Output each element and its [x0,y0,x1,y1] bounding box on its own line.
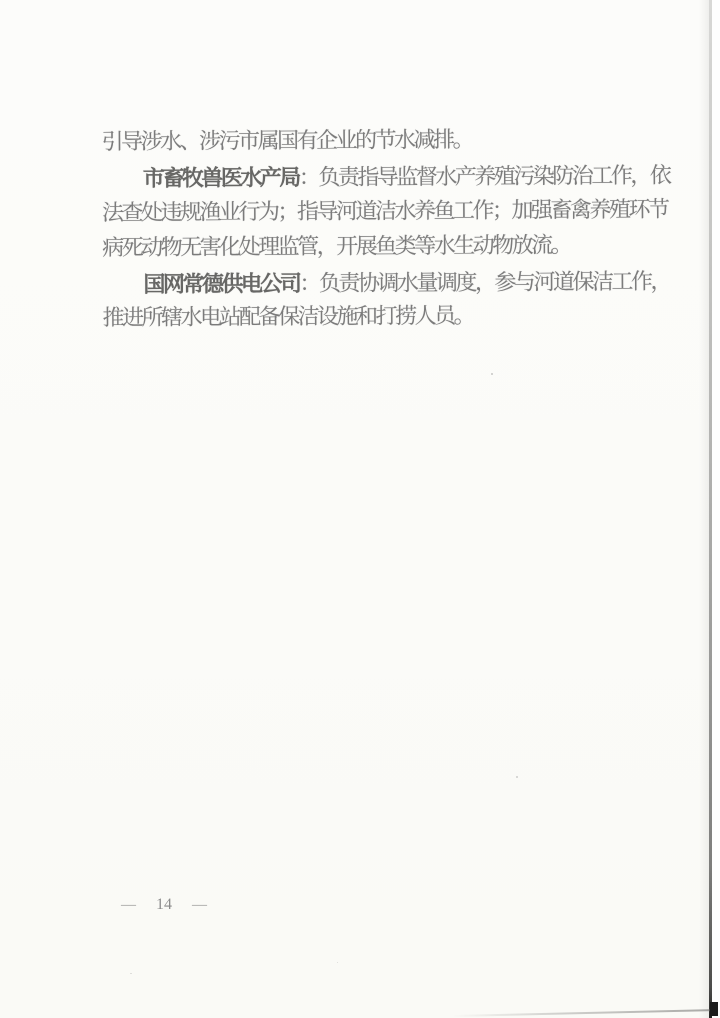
line-text: 法查处违规渔业行为；指导河道洁水养鱼工作；加强畜禽养殖环节 [102,197,668,225]
line-text: 病死动物无害化处理监管，开展鱼类等水生动物放流。 [102,232,570,260]
document-line: 引导涉水、涉污市属国有企业的节水减排。 [101,123,472,156]
line-text: 引导涉水、涉污市属国有企业的节水减排。 [101,127,472,154]
document-line: 病死动物无害化处理监管，开展鱼类等水生动物放流。 [102,228,570,262]
page-number-dash-right: — [192,897,207,914]
page-number-value: 14 [156,896,172,914]
org-name-bold: 市畜牧兽医水产局 [143,165,299,191]
line-text: 推进所辖水电站配备保洁设施和打捞人员。 [103,303,474,330]
org-name-bold: 国网常德供电公司 [143,271,299,297]
document-text-block: 引导涉水、涉污市属国有企业的节水减排。 市畜牧兽医水产局：负责指导监督水产养殖污… [0,0,720,421]
scan-edge-shadow [699,0,709,1018]
document-line: 市畜牧兽医水产局：负责指导监督水产养殖污染防治工作，依 [143,159,670,193]
page-number: — 14 — [121,895,207,915]
document-line: 推进所辖水电站配备保洁设施和打捞人员。 [103,299,474,332]
dust-speck [337,962,338,963]
page-number-dash-left: — [121,897,136,914]
dust-speck [516,776,518,778]
dust-speck [130,973,132,974]
scan-corner-mark [710,1002,718,1016]
document-line: 国网常德供电公司：负责协调水量调度，参与河道保洁工作， [143,265,670,299]
dust-speck [491,373,493,375]
scan-edge-margin [712,0,720,1018]
line-text: ：负责指导监督水产养殖污染防治工作，依 [299,163,670,190]
document-line: 法查处违规渔业行为；指导河道洁水养鱼工作；加强畜禽养殖环节 [102,193,668,227]
scan-bottom-crease [452,1009,718,1017]
scanned-document-page: 引导涉水、涉污市属国有企业的节水减排。 市畜牧兽医水产局：负责指导监督水产养殖污… [0,0,720,1018]
line-text: ：负责协调水量调度，参与河道保洁工作， [299,269,670,296]
